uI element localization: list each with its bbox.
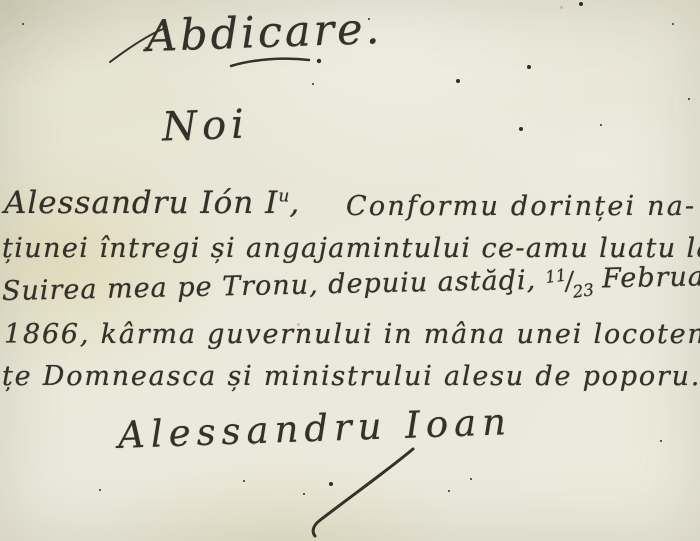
date-denominator: 23 — [571, 279, 595, 302]
date-fraction: 11/23 — [544, 266, 593, 296]
body-line-1: Conformu dorinței na- — [346, 193, 696, 220]
paper-stain-specks — [0, 0, 3, 3]
body-line-3: Suirea mea pe Tronu, depuiu astăḑi, 11/2… — [2, 263, 700, 305]
body-line-4: 1866, kârma guvernului in mâna unei loco… — [4, 321, 700, 348]
document-title: Abdicare. — [145, 8, 383, 59]
ruler-name-text: Alessandru Ión I — [4, 185, 278, 221]
signature: Alessandru Ioan — [117, 403, 512, 454]
signature-flourish — [313, 449, 413, 536]
ruler-name-superscript: u — [278, 187, 289, 207]
ruler-name: Alessandru Ión Iu, — [4, 188, 300, 219]
body-line-3-text: Suirea mea pe Tronu, depuiu astăḑi, — [2, 265, 537, 307]
salutation: Noi — [161, 104, 249, 147]
manuscript-paper: Abdicare. Noi Alessandru Ión Iu, Conform… — [0, 0, 700, 541]
body-line-5: țe Domneasca și ministrului alesu de pop… — [2, 363, 700, 390]
title-underline-dot — [317, 59, 321, 63]
body-line-3-month: Februa- — [602, 261, 700, 294]
title-underline-flourish — [231, 59, 309, 66]
ruler-name-comma: , — [289, 185, 300, 221]
date-numerator: 11 — [544, 264, 568, 287]
body-line-2: țiunei întregi și angajamintului ce-amu … — [2, 235, 700, 262]
